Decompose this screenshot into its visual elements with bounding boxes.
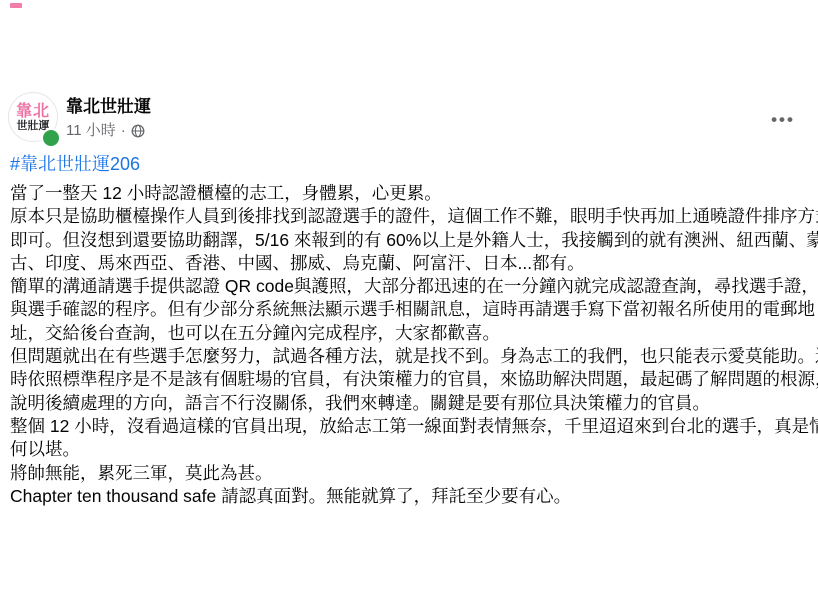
post-text-line: 與選手確認的程序。但有少部分系統無法顯示選手相關訊息，這時再請選手寫下當初報名所…	[10, 298, 814, 321]
ellipsis-icon: •••	[771, 110, 795, 130]
globe-privacy-icon	[131, 124, 145, 138]
post-text-line: 但問題就出在有些選手怎麼努力，試過各種方法，就是找不到。身為志工的我們，也只能表…	[10, 345, 814, 368]
post-meta-row: 11 小時 ·	[66, 121, 145, 141]
facebook-post-page: 靠北 世壯運 靠北世壯運 11 小時 · ••• #靠北世壯運206 當了一整天…	[0, 0, 818, 600]
post-text-line: 整個 12 小時，沒看過這樣的官員出現，放給志工第一線面對表情無奈，千里迢迢來到…	[10, 415, 814, 438]
post-text-line: 簡單的溝通請選手提供認證 QR code與護照，大部分都迅速的在一分鐘內就完成認…	[10, 275, 814, 298]
post-timestamp[interactable]: 11 小時	[66, 121, 116, 141]
page-name-link[interactable]: 靠北世壯運	[66, 96, 151, 118]
post-text-line: 原本只是協助櫃檯操作人員到後排找到認證選手的證件，這個工作不難，眼明手快再加上通…	[10, 205, 814, 228]
meta-separator: ·	[121, 121, 126, 141]
post-text-line: 址，交給後台查詢，也可以在五分鐘內完成程序，大家都歡喜。	[10, 322, 814, 345]
post-text-line: 當了一整天 12 小時認證櫃檯的志工，身體累，心更累。	[10, 182, 814, 205]
avatar-logo-text-top: 靠北	[16, 103, 50, 120]
top-left-logo-fragment	[10, 3, 22, 8]
post-text-line: 即可。但沒想到還要協助翻譯，5/16 來報到的有 60%以上是外籍人士，我接觸到…	[10, 229, 814, 252]
post-text-line: 何以堪。	[10, 438, 814, 461]
post-text-line: 說明後續處理的方向，語言不行沒關係，我們來轉達。關鍵是要有那位具決策權力的官員。	[10, 392, 814, 415]
post-text-line: 時依照標準程序是不是該有個駐場的官員，有決策權力的官員，來協助解決問題，最起碼了…	[10, 368, 814, 391]
post-text-block: 當了一整天 12 小時認證櫃檯的志工，身體累，心更累。 原本只是協助櫃檯操作人員…	[10, 182, 814, 508]
online-status-dot-icon	[41, 128, 61, 148]
hashtag-link[interactable]: #靠北世壯運206	[10, 152, 140, 176]
post-text-line: Chapter ten thousand safe 請認真面對。無能就算了，拜託…	[10, 485, 814, 508]
post-options-button[interactable]: •••	[766, 106, 800, 134]
post-text-line: 將帥無能，累死三軍，莫此為甚。	[10, 462, 814, 485]
post-text-line: 古、印度、馬來西亞、香港、中國、挪威、烏克蘭、阿富汗、日本...都有。	[10, 252, 814, 275]
